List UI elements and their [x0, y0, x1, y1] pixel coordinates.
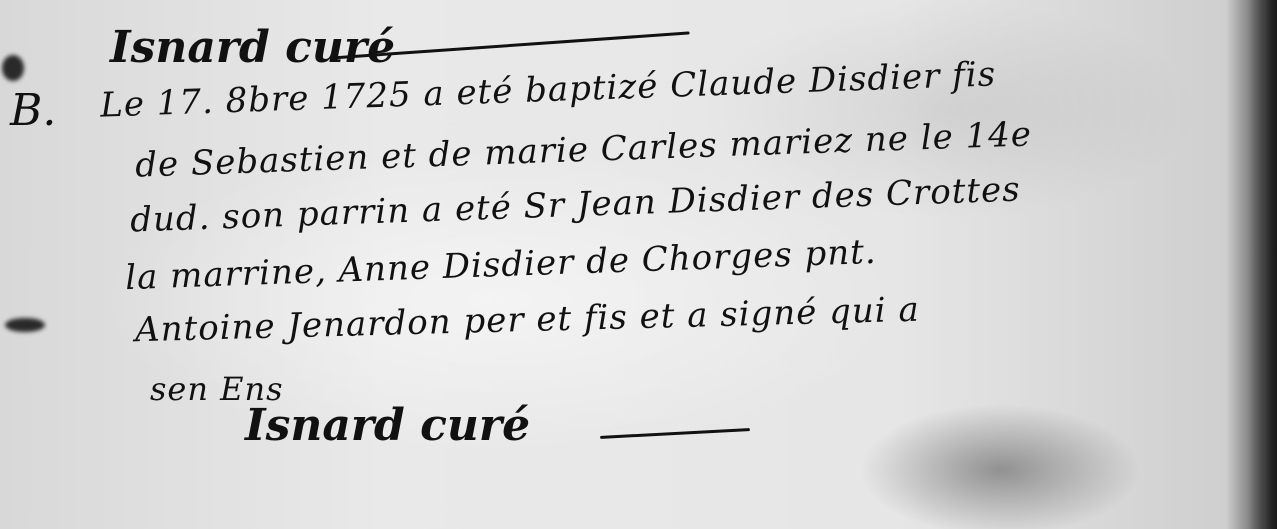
- margin-letter: B.: [10, 85, 56, 136]
- ink-blot: [5, 318, 45, 332]
- entry-line-5: Antoine Jenardon per et fis et a signé q…: [135, 290, 921, 351]
- entry-line-4: la marrine, Anne Disdier de Chorges pnt.: [125, 232, 878, 298]
- signature-flourish: [600, 428, 750, 439]
- closing-signature: Isnard curé: [245, 400, 530, 451]
- binding-spine: [1249, 0, 1277, 529]
- document-page: Isnard curé B. Le 17. 8bre 1725 a eté ba…: [0, 0, 1277, 529]
- ink-blot: [2, 55, 24, 81]
- previous-entry-signature: Isnard curé: [110, 22, 395, 73]
